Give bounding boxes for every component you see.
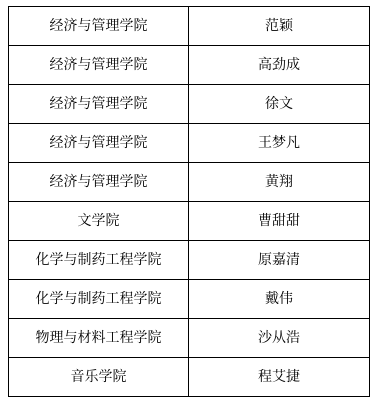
table-row: 经济与管理学院 徐文 xyxy=(9,85,370,124)
college-cell: 物理与材料工程学院 xyxy=(9,319,189,358)
college-name-table: 经济与管理学院 范颖 经济与管理学院 高劲成 经济与管理学院 徐文 经济与管理学… xyxy=(8,6,370,397)
college-cell: 经济与管理学院 xyxy=(9,163,189,202)
college-cell: 经济与管理学院 xyxy=(9,46,189,85)
college-cell: 经济与管理学院 xyxy=(9,7,189,46)
college-cell: 化学与制药工程学院 xyxy=(9,241,189,280)
name-cell: 戴伟 xyxy=(189,280,370,319)
college-cell: 化学与制药工程学院 xyxy=(9,280,189,319)
college-cell: 经济与管理学院 xyxy=(9,124,189,163)
name-cell: 高劲成 xyxy=(189,46,370,85)
name-cell: 王梦凡 xyxy=(189,124,370,163)
table-row: 音乐学院 程艾捷 xyxy=(9,358,370,397)
table-row: 经济与管理学院 高劲成 xyxy=(9,46,370,85)
college-cell: 经济与管理学院 xyxy=(9,85,189,124)
name-cell: 原嘉清 xyxy=(189,241,370,280)
name-cell: 沙从浩 xyxy=(189,319,370,358)
name-cell: 范颖 xyxy=(189,7,370,46)
document-page: 经济与管理学院 范颖 经济与管理学院 高劲成 经济与管理学院 徐文 经济与管理学… xyxy=(0,0,378,407)
name-cell: 黄翔 xyxy=(189,163,370,202)
table-row: 经济与管理学院 范颖 xyxy=(9,7,370,46)
table-row: 文学院 曹甜甜 xyxy=(9,202,370,241)
name-cell: 徐文 xyxy=(189,85,370,124)
name-cell: 程艾捷 xyxy=(189,358,370,397)
table-row: 化学与制药工程学院 原嘉清 xyxy=(9,241,370,280)
name-cell: 曹甜甜 xyxy=(189,202,370,241)
college-cell: 文学院 xyxy=(9,202,189,241)
table-row: 经济与管理学院 王梦凡 xyxy=(9,124,370,163)
college-cell: 音乐学院 xyxy=(9,358,189,397)
table-row: 经济与管理学院 黄翔 xyxy=(9,163,370,202)
table-row: 化学与制药工程学院 戴伟 xyxy=(9,280,370,319)
table-row: 物理与材料工程学院 沙从浩 xyxy=(9,319,370,358)
